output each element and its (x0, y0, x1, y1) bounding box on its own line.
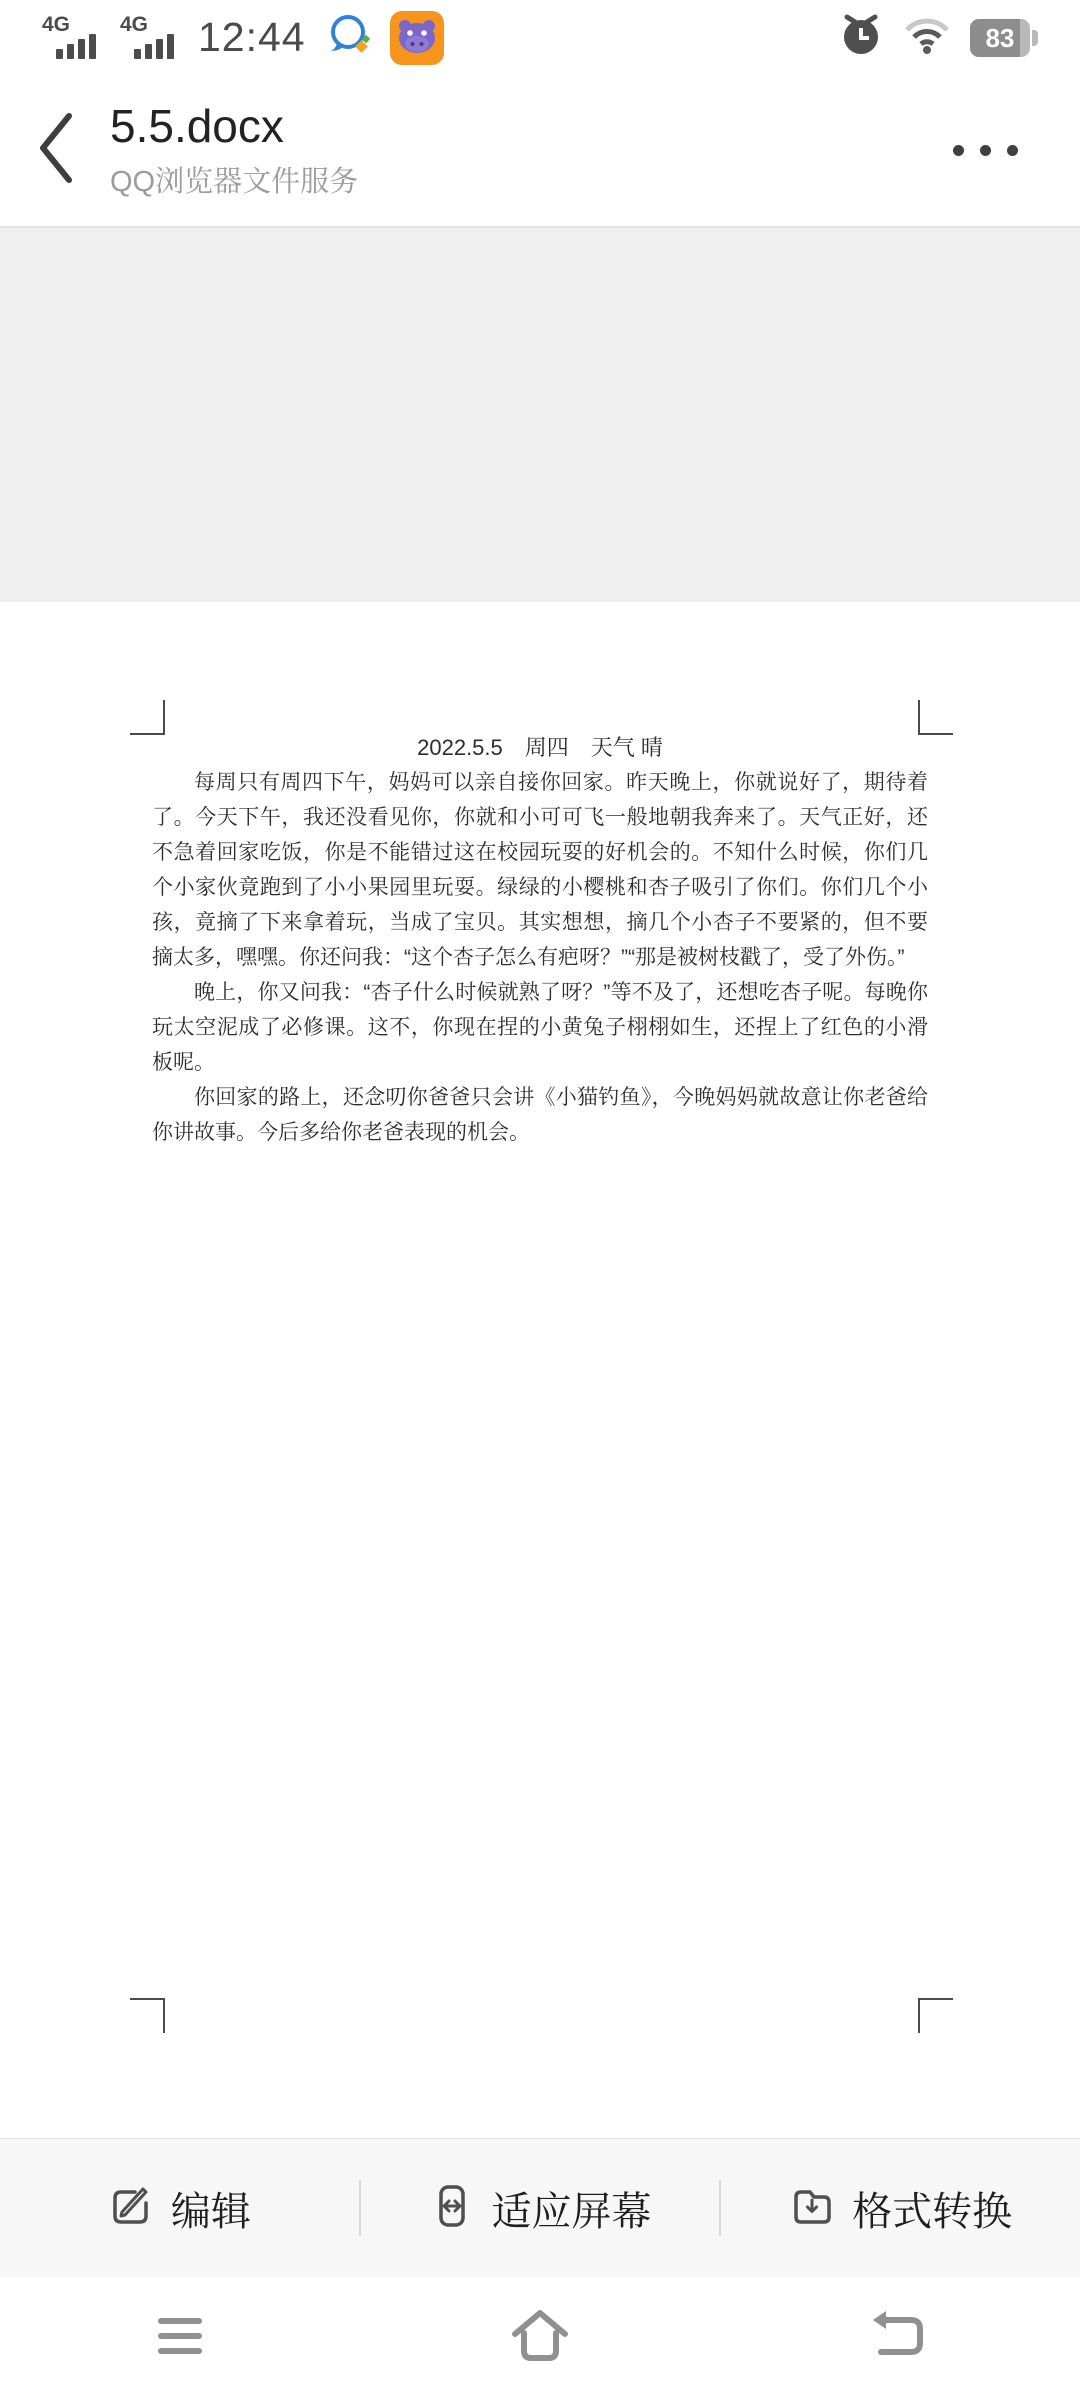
wifi-icon (902, 15, 952, 60)
document-viewer[interactable]: 2022.5.5 周四 天气 晴 每周只有周四下午，妈妈可以亲自接你回家。昨天晚… (0, 228, 1080, 2138)
page-title: 5.5.docx (110, 101, 358, 153)
signal-strength-bars (56, 34, 96, 59)
battery-percent: 83 (970, 19, 1030, 57)
more-options-button[interactable] (943, 135, 1028, 166)
app-header: 5.5.docx QQ浏览器文件服务 (0, 75, 1080, 228)
menu-icon (152, 2313, 208, 2364)
chat-bubble-icon (326, 11, 374, 64)
document-page[interactable]: 2022.5.5 周四 天气 晴 每周只有周四下午，妈妈可以亲自接你回家。昨天晚… (0, 602, 1080, 2138)
dot-icon (980, 145, 991, 156)
format-convert-icon (789, 2183, 835, 2234)
toolbar-button-label: 编辑 (171, 2180, 251, 2237)
document-paragraph: 晚上，你又问我：“杏子什么时候就熟了呀？”等不及了，还想吃杏子呢。每晚你玩太空泥… (152, 975, 928, 1080)
back-icon (869, 2309, 931, 2368)
battery-icon: 83 (970, 19, 1038, 57)
chevron-left-icon (35, 108, 75, 193)
edit-icon (108, 2183, 154, 2234)
alarm-clock-icon (838, 12, 884, 63)
hippo-app-icon (390, 11, 444, 65)
nav-back-button[interactable] (720, 2277, 1080, 2400)
document-paragraph: 每周只有周四下午，妈妈可以亲自接你回家。昨天晚上，你就说好了，期待着了。今天下午… (152, 765, 928, 975)
back-button[interactable] (0, 75, 110, 226)
viewer-background (0, 228, 1080, 602)
status-left-group: 4G 4G (42, 13, 184, 63)
fit-screen-button[interactable]: 适应屏幕 (361, 2139, 720, 2277)
page-subtitle: QQ浏览器文件服务 (110, 159, 358, 200)
navigation-bar (0, 2277, 1080, 2400)
dot-icon (1007, 145, 1018, 156)
signal-bars-icon: 4G (42, 13, 106, 63)
crop-mark-bottom-left (130, 1998, 165, 2033)
status-time: 12:44 (198, 14, 306, 61)
fit-screen-icon (429, 2183, 475, 2234)
dot-icon (953, 145, 964, 156)
home-icon (507, 2307, 573, 2370)
bottom-toolbar: 编辑 适应屏幕 格式转换 (0, 2138, 1080, 2277)
signal-bars-icon: 4G (120, 13, 184, 63)
signal-strength-bars (134, 34, 174, 59)
toolbar-button-label: 格式转换 (852, 2180, 1012, 2237)
status-right-group: 83 (838, 12, 1038, 63)
header-titles: 5.5.docx QQ浏览器文件服务 (110, 101, 358, 201)
nav-menu-button[interactable] (0, 2277, 360, 2400)
document-content: 2022.5.5 周四 天气 晴 每周只有周四下午，妈妈可以亲自接你回家。昨天晚… (152, 730, 928, 1150)
status-bar: 4G 4G 12:44 (0, 0, 1080, 75)
crop-mark-bottom-right (918, 1998, 953, 2033)
notification-icons (326, 11, 444, 65)
nav-home-button[interactable] (360, 2277, 720, 2400)
format-convert-button[interactable]: 格式转换 (721, 2139, 1080, 2277)
document-title-line: 2022.5.5 周四 天气 晴 (152, 730, 928, 765)
toolbar-button-label: 适应屏幕 (492, 2180, 652, 2237)
document-paragraph: 你回家的路上，还念叨你爸爸只会讲《小猫钓鱼》，今晚妈妈就故意让你老爸给你讲故事。… (152, 1080, 928, 1150)
edit-button[interactable]: 编辑 (0, 2139, 359, 2277)
